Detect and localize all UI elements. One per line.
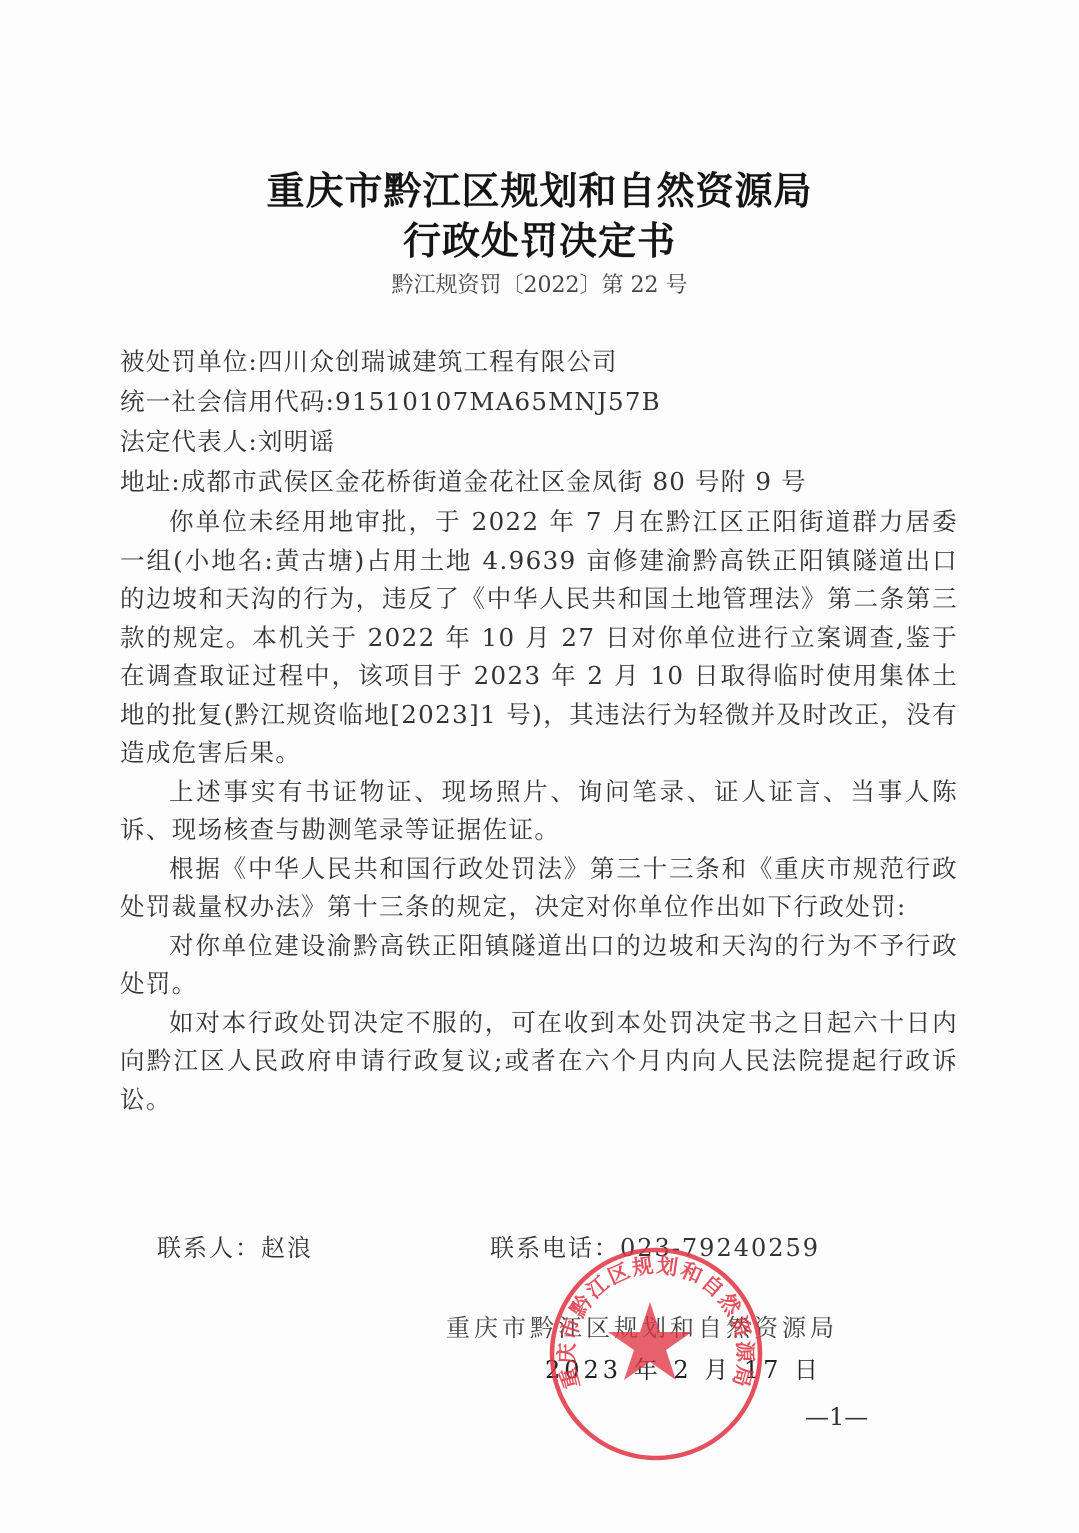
- page-number: —1—: [805, 1403, 868, 1431]
- signing-date: 2023 年 2 月 17 日: [545, 1350, 822, 1385]
- contact-person: 联系人：赵浪: [157, 1228, 313, 1263]
- legal-basis-paragraph: 根据《中华人民共和国行政处罚法》第三十三条和《重庆市规范行政处罚裁量权办法》第十…: [120, 850, 958, 927]
- facts-paragraph: 你单位未经用地审批，于 2022 年 7 月在黔江区正阳街道群力居委一组(小地名…: [120, 503, 958, 773]
- issuer-title: 重庆市黔江区规划和自然资源局: [0, 160, 1079, 215]
- decision-paragraph: 对你单位建设渝黔高铁正阳镇隧道出口的边坡和天沟的行为不予行政处罚。: [120, 927, 958, 1004]
- contact-phone: 联系电话：023-79240259: [490, 1228, 820, 1263]
- appeal-paragraph: 如对本行政处罚决定不服的，可在收到本处罚决定书之日起六十日内向黔江区人民政府申请…: [120, 1004, 958, 1120]
- signing-organization: 重庆市黔江区规划和自然资源局: [446, 1308, 838, 1343]
- decision-body: 你单位未经用地审批，于 2022 年 7 月在黔江区正阳街道群力居委一组(小地名…: [120, 503, 958, 1119]
- penalized-unit: 被处罚单位:四川众创瑞诚建筑工程有限公司: [120, 343, 618, 378]
- evidence-paragraph: 上述事实有书证物证、现场照片、询问笔录、证人证言、当事人陈诉、现场核查与勘测笔录…: [120, 773, 958, 850]
- document-number: 黔江规资罚〔2022〕第 22 号: [0, 268, 1079, 299]
- credit-code: 统一社会信用代码:91510107MA65MNJ57B: [120, 383, 661, 418]
- address: 地址:成都市武侯区金花桥街道金花社区金凤街 80 号附 9 号: [120, 463, 807, 498]
- document-page: 重庆市黔江区规划和自然资源局 行政处罚决定书 黔江规资罚〔2022〕第 22 号…: [0, 0, 1079, 1533]
- document-title: 行政处罚决定书: [0, 210, 1079, 265]
- legal-representative: 法定代表人:刘明谣: [120, 423, 335, 458]
